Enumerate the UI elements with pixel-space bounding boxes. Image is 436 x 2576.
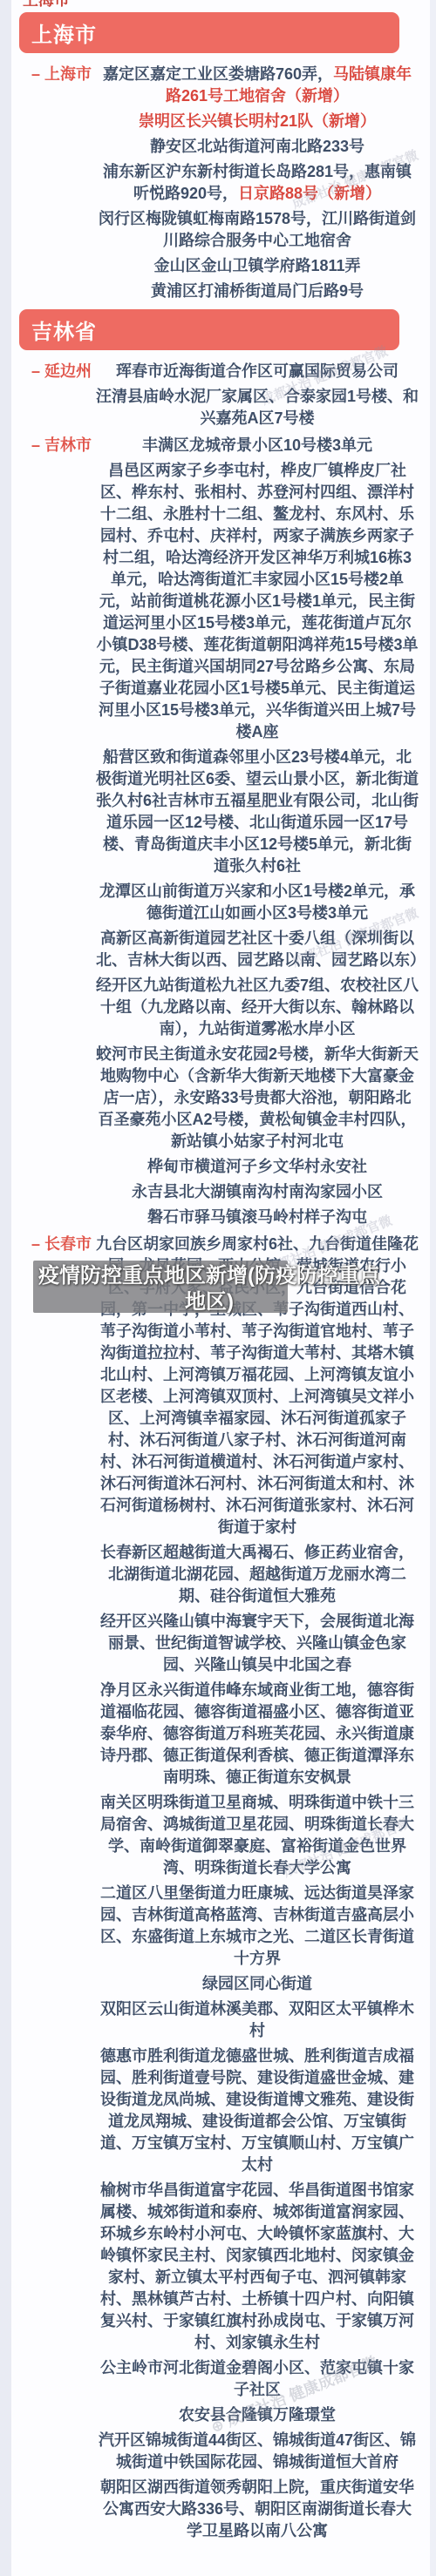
address-text: 经开区兴隆山镇中海寰宇天下，会展街道北海丽景、世纪街道智诚学校、兴隆山镇金色家园… [100, 1613, 414, 1673]
address-text: 高新区高新街道园艺社区十委八组（深圳街以北、吉林大街以西、园艺路以南、园艺路以东… [96, 930, 426, 969]
address-text: 磐石市驿马镇滚马岭村样子沟屯 [147, 1208, 367, 1226]
address-text: 金山区金山卫镇学府路1811弄 [153, 257, 360, 274]
title-overlay-text: 疫情防控重点地区新增(防疫防控重点地区) [38, 1263, 380, 1315]
address-paragraph: 崇明区长兴镇长明村21队（新增） [96, 111, 419, 132]
address-paragraph: 双阳区云山街道林溪美郡、双阳区太平镇桦木村 [96, 1998, 419, 2042]
address-text: 双阳区云山街道林溪美郡、双阳区太平镇桦木村 [100, 2000, 414, 2039]
address-paragraph: 浦东新区沪东新村街道长岛路281号，惠南镇听悦路920号，日京路88号（新增） [96, 161, 419, 205]
address-paragraph: 汽开区锦城街道44街区、锦城街道47街区、锦城街道中铁国际花园、锦城街道恒大首府 [96, 2430, 419, 2473]
address-text: 长春新区超越街道大禹褐石、修正药业宿舍，北湖街道北湖花园、超越街道万龙丽水湾二期… [100, 1544, 414, 1605]
address-paragraph: 蛟河市民主街道永安花园2号楼，新华大街新天地购物中心（含新华大街新天地楼下大富豪… [96, 1044, 419, 1153]
address-text: 净月区永兴街道伟峰东域商业街工地，德容街道福临花园、德容街道福盛小区、德容街道亚… [100, 1681, 414, 1786]
highlight-new-text: 日京路88号（新增） [238, 185, 381, 202]
address-paragraph: 桦甸市横道河子乡文华村永安社 [96, 1156, 419, 1178]
section-badge: 吉林省 [19, 309, 399, 350]
address-paragraph: 公主岭市河北街道金碧阁小区、范家屯镇十家子社区 [96, 2357, 419, 2401]
address-text: 汪清县庙岭水泥厂家属区、合泰家园1号楼、和兴嘉苑A区7号楼 [96, 388, 419, 427]
address-paragraph: 静安区北站街道河南北路233号 [96, 136, 419, 158]
address-paragraph: 农安县合隆镇万隆璟堂 [96, 2404, 419, 2426]
address-paragraph: 黄浦区打浦桥街道局门后路9号 [96, 281, 419, 302]
address-text: 丰满区龙城帝景小区10号楼3单元 [142, 436, 372, 454]
address-paragraph: 二道区八里堡街道力旺康城、远达街道昊泽家园、吉林街道高格蓝湾、吉林街道吉盛高层小… [96, 1883, 419, 1970]
address-text: 桦甸市横道河子乡文华村永安社 [147, 1158, 367, 1175]
address-paragraph: 经开区兴隆山镇中海寰宇天下，会展街道北海丽景、世纪街道智诚学校、兴隆山镇金色家园… [96, 1611, 419, 1676]
article-page: 上海市 上海市– 上海市嘉定区嘉定工业区娄塘路760弄，马陆镇康年路261号工地… [0, 0, 436, 2576]
address-text: 公主岭市河北街道金碧阁小区、范家屯镇十家子社区 [100, 2359, 414, 2398]
address-paragraph: 经开区九站街道松九社区九委7组、农校社区八十组（九龙路以南、经开大街以东、翰林路… [96, 975, 419, 1040]
address-text: 昌邑区两家子乡李屯村，桦皮厂镇桦皮厂社区、桦东村、张相村、苏登河村四组、漂洋村十… [96, 462, 418, 740]
address-paragraph: 绿园区同心街道 [96, 1973, 419, 1995]
address-paragraph: 永吉县北大湖镇南沟村南沟家园小区 [96, 1181, 419, 1203]
region-label: – 长春市 [31, 1234, 96, 2546]
region-group: – 延边州珲春市近海街道合作区可赢国际贸易公司汪清县庙岭水泥厂家属区、合泰家园1… [31, 361, 419, 433]
region-label: – 上海市 [31, 64, 96, 306]
address-paragraph: 昌邑区两家子乡李屯村，桦皮厂镇桦皮厂社区、桦东村、张相村、苏登河村四组、漂洋村十… [96, 460, 419, 743]
address-text: 汽开区锦城街道44街区、锦城街道47街区、锦城街道中铁国际花园、锦城街道恒大首府 [99, 2431, 416, 2471]
address-paragraph: 嘉定区嘉定工业区娄塘路760弄，马陆镇康年路261号工地宿舍（新增） [96, 64, 419, 107]
address-text: 嘉定区嘉定工业区娄塘路760弄， [103, 65, 333, 83]
address-text: 闵行区梅陇镇虹梅南路1578号，江川路街道剑川路综合服务中心工地宿舍 [99, 210, 416, 249]
address-text: 船营区致和街道森邻里小区23号楼4单元，北极街道光明社区6委、望云山景小区，新北… [96, 748, 419, 875]
address-text: 二道区八里堡街道力旺康城、远达街道昊泽家园、吉林街道高格蓝湾、吉林街道吉盛高层小… [100, 1884, 414, 1967]
region-label: – 延边州 [31, 361, 96, 433]
address-paragraph: 长春新区超越街道大禹褐石、修正药业宿舍，北湖街道北湖花园、超越街道万龙丽水湾二期… [96, 1542, 419, 1607]
address-text: 经开区九站街道松九社区九委7组、农校社区八十组（九龙路以南、经开大街以东、翰林路… [96, 977, 419, 1038]
address-paragraph: 闵行区梅陇镇虹梅南路1578号，江川路街道剑川路综合服务中心工地宿舍 [96, 208, 419, 252]
address-paragraph: 磐石市驿马镇滚马岭村样子沟屯 [96, 1207, 419, 1228]
paragraph-list: 珲春市近海街道合作区可赢国际贸易公司汪清县庙岭水泥厂家属区、合泰家园1号楼、和兴… [96, 361, 419, 433]
address-text: 朝阳区湖西街道领秀朝阳上院，重庆街道安华公寓西安大路336号、朝阳区南湖街道长春… [100, 2478, 414, 2539]
address-text: 黄浦区打浦桥街道局门后路9号 [151, 282, 364, 300]
section-badge: 上海市 [19, 12, 399, 53]
region-label: – 吉林市 [31, 435, 96, 1232]
paragraph-list: 嘉定区嘉定工业区娄塘路760弄，马陆镇康年路261号工地宿舍（新增）崇明区长兴镇… [96, 64, 419, 306]
address-paragraph: 高新区高新街道园艺社区十委八组（深圳街以北、吉林大街以西、园艺路以南、园艺路以东… [96, 928, 419, 971]
address-paragraph: 珲春市近海街道合作区可赢国际贸易公司 [96, 361, 419, 382]
address-text: 静安区北站街道河南北路233号 [150, 138, 364, 155]
address-paragraph: 汪清县庙岭水泥厂家属区、合泰家园1号楼、和兴嘉苑A区7号楼 [96, 386, 419, 429]
address-paragraph: 丰满区龙城帝景小区10号楼3单元 [96, 435, 419, 456]
address-text: 榆树市华昌街道富宇花园、华昌街道图书馆家属楼、城郊街道和泰府、城郊街道富润家园、… [100, 2181, 414, 2351]
highlight-new-text: 崇明区长兴镇长明村21队（新增） [139, 112, 376, 130]
paragraph-list: 九台区胡家回族乡周家村6社、九台街道佳隆花园、龙凤花园、西山公馆，营城街道农行小… [96, 1234, 419, 2546]
region-group: – 长春市九台区胡家回族乡周家村6社、九台街道佳隆花园、龙凤花园、西山公馆，营城… [31, 1234, 419, 2546]
address-text: 绿园区同心街道 [202, 1975, 312, 1992]
address-paragraph: 龙潭区山前街道万兴家和小区1号楼2单元，承德街道江山如画小区3号楼3单元 [96, 881, 419, 924]
address-paragraph: 金山区金山卫镇学府路1811弄 [96, 255, 419, 277]
region-group: – 吉林市丰满区龙城帝景小区10号楼3单元昌邑区两家子乡李屯村，桦皮厂镇桦皮厂社… [31, 435, 419, 1232]
region-group: – 上海市嘉定区嘉定工业区娄塘路760弄，马陆镇康年路261号工地宿舍（新增）崇… [31, 64, 419, 306]
address-paragraph: 榆树市华昌街道富宇花园、华昌街道图书馆家属楼、城郊街道和泰府、城郊街道富润家园、… [96, 2180, 419, 2354]
address-text: 德惠市胜利街道龙德盛世城、胜利街道吉成福园、胜利街道壹号院、建设街道盛世金城、建… [100, 2047, 414, 2174]
address-text: 蛟河市民主街道永安花园2号楼，新华大街新天地购物中心（含新华大街新天地楼下大富豪… [96, 1045, 419, 1150]
address-text: 永吉县北大湖镇南沟村南沟家园小区 [132, 1183, 383, 1200]
address-text: 农安县合隆镇万隆璟堂 [179, 2406, 336, 2424]
address-paragraph: 德惠市胜利街道龙德盛世城、胜利街道吉成福园、胜利街道壹号院、建设街道盛世金城、建… [96, 2045, 419, 2176]
address-paragraph: 朝阳区湖西街道领秀朝阳上院，重庆街道安华公寓西安大路336号、朝阳区南湖街道长春… [96, 2477, 419, 2542]
address-paragraph: 南关区明珠街道卫星商城、明珠街道中铁十三局宿舍、鸿城街道卫星花园、明珠街道长春大… [96, 1792, 419, 1879]
address-text: 南关区明珠街道卫星商城、明珠街道中铁十三局宿舍、鸿城街道卫星花园、明珠街道长春大… [100, 1794, 414, 1876]
address-paragraph: 净月区永兴街道伟峰东域商业街工地，德容街道福临花园、德容街道福盛小区、德容街道亚… [96, 1680, 419, 1788]
address-text: 珲春市近海街道合作区可赢国际贸易公司 [116, 362, 399, 380]
address-text: 龙潭区山前街道万兴家和小区1号楼2单元，承德街道江山如画小区3号楼3单元 [99, 882, 415, 922]
paragraph-list: 丰满区龙城帝景小区10号楼3单元昌邑区两家子乡李屯村，桦皮厂镇桦皮厂社区、桦东村… [96, 435, 419, 1232]
address-paragraph: 船营区致和街道森邻里小区23号楼4单元，北极街道光明社区6委、望云山景小区，新北… [96, 747, 419, 877]
